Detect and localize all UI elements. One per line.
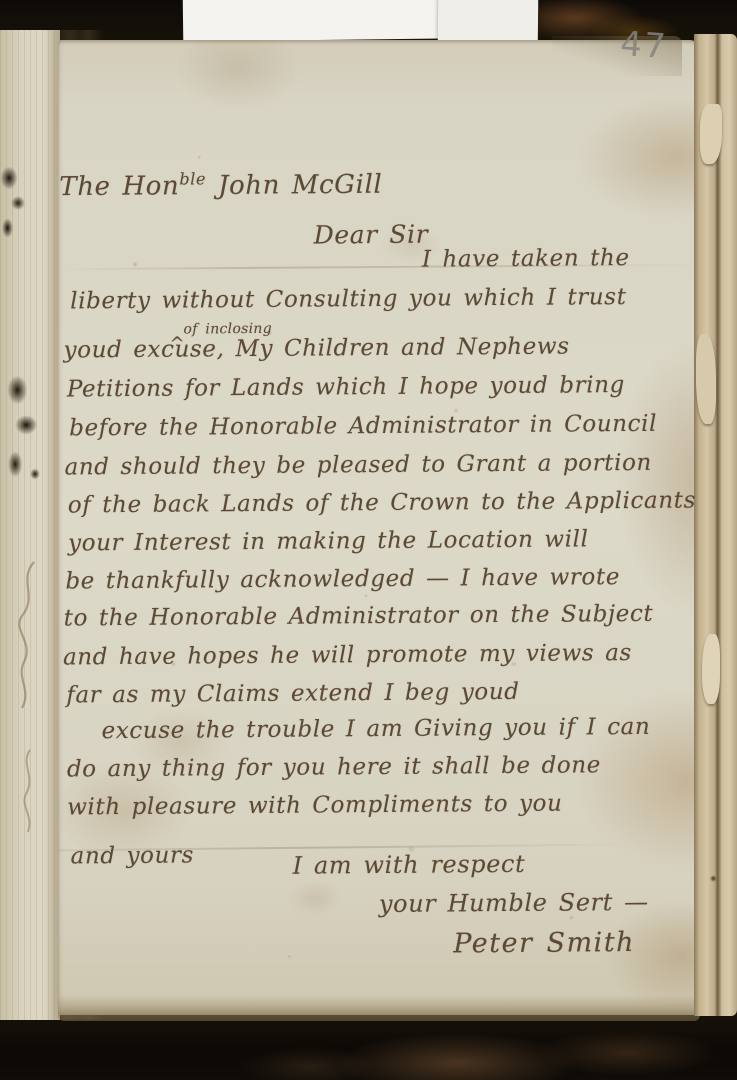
letter-line: excuse the trouble I am Giving you if I …: [101, 714, 650, 744]
addressee-name: John McGill: [206, 170, 382, 201]
letter-text: The Honble John McGill Dear Sir I have t…: [54, 37, 704, 1017]
letter-line: with pleasure with Compliments to you: [67, 791, 562, 821]
addressee-superscript: ble: [179, 169, 206, 188]
letter-line: I have taken the: [422, 245, 630, 273]
letter-line: to the Honorable Administrator on the Su…: [64, 601, 654, 632]
ink-blot: [0, 148, 30, 248]
addressee-text: The Hon: [59, 171, 179, 202]
letter-line: of the back Lands of the Crown to the Ap…: [68, 488, 696, 519]
ink-blot: [2, 355, 46, 495]
torn-paper-flake: [700, 104, 722, 164]
signature: Peter Smith: [453, 927, 635, 959]
closing-line: I am with respect: [293, 850, 526, 880]
salutation: Dear Sir: [314, 220, 429, 250]
letter-line: before the Honorable Administrator in Co…: [69, 411, 657, 442]
scanned-letter-photo: 47 The Honble John McGill Dear Sir I hav…: [0, 0, 737, 1080]
letter-line: and have hopes he will promote my views …: [63, 640, 632, 670]
letter-line: and should they be pleased to Grant a po…: [64, 450, 652, 481]
paper-slip-bookmark: [183, 0, 452, 42]
letter-line: do any thing for you here it shall be do…: [67, 752, 601, 782]
torn-paper-flake: [702, 634, 720, 704]
addressee-line: The Honble John McGill: [59, 168, 382, 202]
edge-handwriting-marginalia: [4, 550, 52, 840]
letter-line: be thankfully acknowledged — I have wrot…: [65, 564, 620, 594]
letter-line: liberty without Consulting you which I t…: [70, 284, 626, 314]
letter-line: Petitions for Lands which I hope youd br…: [67, 372, 625, 402]
table-surface-bottom: [0, 1012, 737, 1080]
letter-line: your Interest in making the Location wil…: [68, 526, 589, 556]
closing-line: your Humble Sert —: [379, 888, 649, 918]
letter-line: and yours: [70, 842, 194, 869]
letter-line: far as my Claims extend I beg youd: [66, 679, 519, 709]
letter-line: youd excuse, My Children and Nephews: [63, 333, 569, 363]
